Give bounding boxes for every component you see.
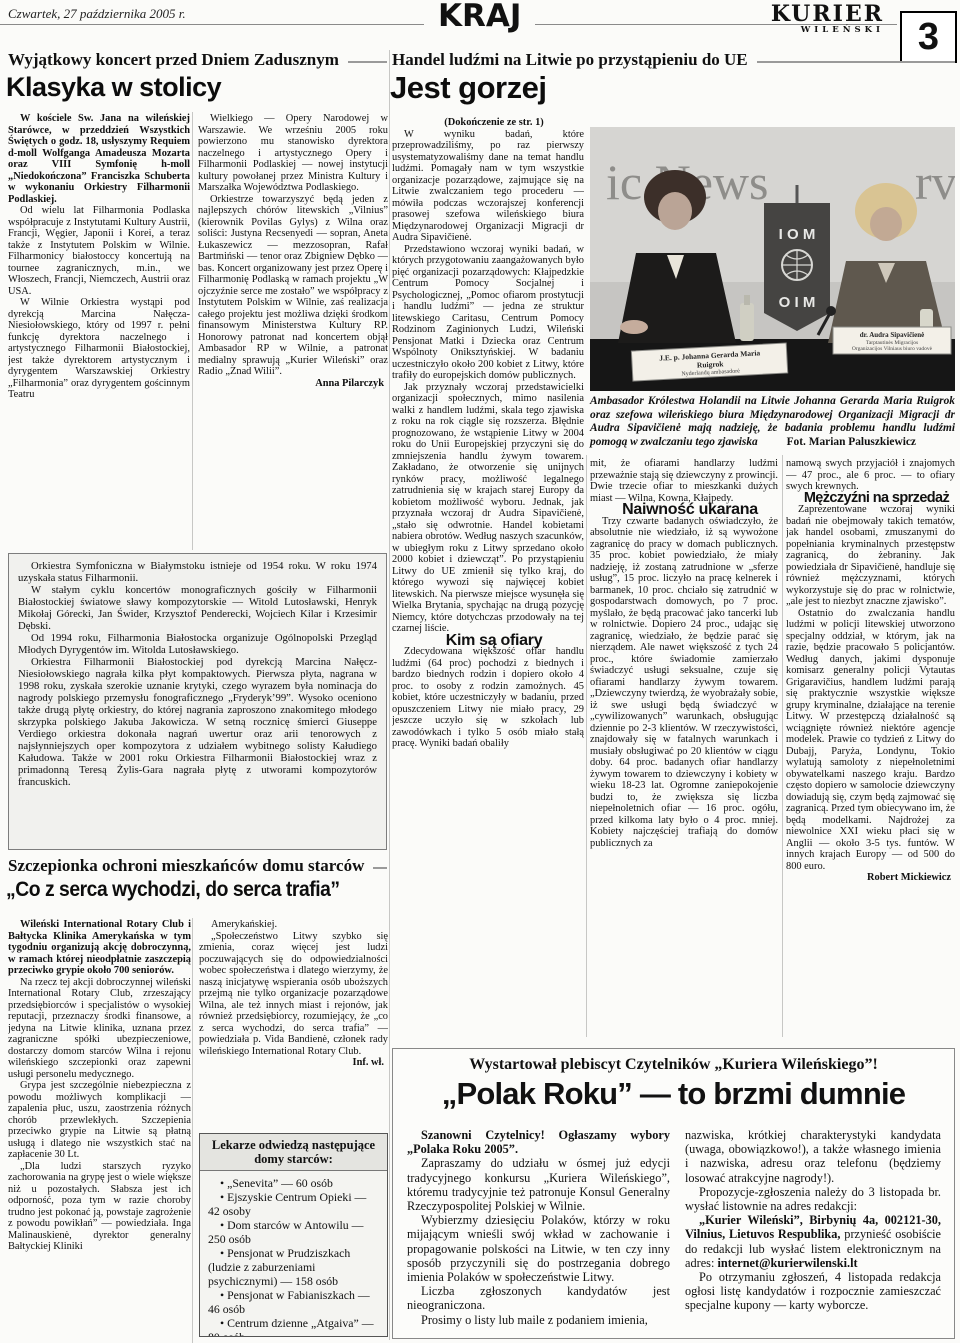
lekarze-list: „Senevita” — 60 osób Ejszyskie Centrum O… [208,1176,379,1337]
list-item: Dom starców w Antowilu — 250 osób [208,1218,379,1246]
paragraph: Zaprezentowane wczoraj wyniki badań nie … [786,504,955,608]
byline-klasyka: Anna Pilarczyk [198,378,388,390]
plebiscyt-col1: Szanowni Czytelnicy! Ogłaszamy wybory „P… [407,1128,670,1333]
kicker-rule [373,867,387,869]
column-divider [192,112,193,550]
klasyka-col1: W kościele Św. Jana na wileńskiej Starów… [8,113,190,550]
paragraph: W kościele Św. Jana na wileńskiej Starów… [8,113,190,205]
iom-banner-text-top: I O M [779,226,816,243]
nameplate-right: dr. Audra Sipavičienė Tarptautinės Migra… [833,327,951,354]
kicker-szczepionka: Szczepionka ochroni mieszkańców domu sta… [8,856,387,876]
list-item: „Senevita” — 60 osób [208,1176,379,1190]
nameplate-text: Ruigrok [697,359,725,369]
kicker-rule [348,61,387,63]
szczepionka-col2: Amerykańskiej. „Społeczeństwo Litwy szyb… [199,919,388,1131]
paragraph: nazwiska, krótkiej charakterystyki kandy… [685,1128,941,1185]
backdrop-text-right: rv [915,154,955,210]
paragraph: Propozycje-zgłoszenia należy do 3 listop… [685,1185,941,1213]
paragraph: Wileński International Rotary Club i Bał… [8,919,191,977]
paragraph: Prosimy o listy lub maile z podaniem imi… [407,1313,670,1327]
lekarze-list-box: Lekarze odwiedzą następujące domy starcó… [199,1133,388,1337]
kicker-klasyka: Wyjątkowy koncert przed Dniem Zadusznym [8,50,387,70]
paragraph: „Dla ludzi starszych ryzyko zachorowania… [8,1161,191,1253]
kicker-handel-text: Handel ludźmi na Litwie po przystąpieniu… [392,50,748,70]
list-item: Pensjonat w Prudziszkach (ludzie z zabur… [208,1246,379,1288]
photo-credit: Fot. Marian Paluszkiewicz [761,436,916,448]
subhead-naiwnosc-ukarana: Naiwność ukarana [590,504,778,516]
kicker-handel: Handel ludźmi na Litwie po przystąpieniu… [392,50,955,70]
paragraph: Jak przyznały wczoraj przedstawicielki o… [392,382,584,635]
section-divider [389,50,390,1340]
masthead-wilenski: WILEŃSKI [742,26,884,35]
kicker-szczepionka-text: Szczepionka ochroni mieszkańców domu sta… [8,856,364,876]
photo-illustration: ic News rv I O M O I M [590,127,955,391]
subhead-mezczyzni-na-sprzedaz: Mężczyźni na sprzedaż [786,493,955,505]
paragraph: Na rzecz tej akcji dobroczynnej wileński… [8,977,191,1081]
paragraph: Orkiestrze towarzyszyć będą jeden z najl… [198,194,388,378]
kicker-klasyka-text: Wyjątkowy koncert przed Dniem Zadusznym [8,50,339,70]
paragraph: „Społeczeństwo Litwy szybko się zmienia,… [199,931,388,1058]
masthead-kurier: KURIER [742,3,884,25]
paragraph: Przedstawiono wczoraj wyniki badań, w kt… [392,244,584,382]
paragraph: Po otrzymaniu zgłoszeń, 4 listopada reda… [685,1270,941,1313]
address-email: internet@kurierwilenski.lt [717,1256,857,1270]
paragraph: mit, że ofiarami handlarzy ludźmi przewa… [590,458,778,504]
press-conference-photo: ic News rv I O M O I M [590,127,955,391]
paragraph: Od wielu lat Filharmonia Podlaska współp… [8,205,190,297]
plebiscyt-col2: nazwiska, krótkiej charakterystyki kandy… [685,1128,941,1333]
paragraph: Ostatnio do zwalczania handlu ludźmi w p… [786,608,955,873]
plebiscyt-kicker: Wystartował plebiscyt Czytelników „Kurie… [393,1056,954,1074]
headline-handel: Jest gorzej [390,70,546,106]
plebiscyt-box: Wystartował plebiscyt Czytelników „Kurie… [392,1048,955,1339]
headline-szczepionka: „Co z serca wychodzi, do serca trafia” [6,878,340,902]
list-item: Centrum dzienne „Atgaiva” — 80 osób [208,1316,379,1337]
nameplate-text: dr. Audra Sipavičienė [860,331,925,339]
byline-handel: Robert Mickiewicz [786,872,955,884]
klasyka-col2: Wielkiego — Opery Narodowej w Warszawie.… [198,113,388,550]
headline-klasyka: Klasyka w stolicy [6,72,221,103]
list-item: Pensjonat w Fabianiszkach — 46 osób [208,1288,379,1316]
subhead-kim-sa-ofiary: Kim są ofiary [392,635,584,647]
paragraph: namową swych przyjaciół i znajomych — 47… [786,458,955,493]
headline-polak-roku: „Polak Roku” — to brzmi dumnie [393,1076,954,1112]
handel-col2: mit, że ofiarami handlarzy ludźmi przewa… [590,458,778,1036]
newspaper-page: Czwartek, 27 października 2005 r. KRAJ K… [0,0,960,1343]
column-divider [192,918,193,1343]
kicker-rule [757,61,955,63]
szczepionka-col1: Wileński International Rotary Club i Bał… [8,919,191,1343]
paragraph: Trzy czwarte badanych oświadczyło, że ab… [590,516,778,850]
paragraph-address: „Kurier Wileński”, Birbynių 4a, 002121-3… [685,1213,941,1270]
paragraph: Zapraszamy do udziału w ósmej już edycji… [407,1156,670,1213]
paragraph: Orkiestra Filharmonii Białostockiej pod … [18,656,377,788]
date-line: Czwartek, 27 października 2005 r. [8,6,186,22]
paragraph: W wyniku badań, które przeprowadziliśmy,… [392,129,584,244]
paragraph: Szanowni Czytelnicy! Ogłaszamy wybory „P… [407,1128,670,1156]
continuation-note: (Dokończenie ze str. 1) [392,117,584,129]
handel-col3: namową swych przyjaciół i znajomych — 47… [786,458,955,1036]
paragraph: Wielkiego — Opery Narodowej w Warszawie.… [198,113,388,194]
paragraph: Wybierzmy dziesięciu Polaków, którzy w r… [407,1213,670,1284]
orkiestra-info-box: Orkiestra Symfoniczna w Białymstoku istn… [8,553,387,850]
section-title: KRAJ [424,0,535,34]
nameplate-text: Organizacijos Vilniaus biuro vadovė [852,346,933,352]
paragraph: Orkiestra Symfoniczna w Białymstoku istn… [18,560,377,584]
iom-banner-text-bottom: O I M [779,294,816,311]
paragraph: Od 1994 roku, Filharmonia Białostocka or… [18,632,377,656]
paragraph: Grypa jest szczególnie niebezpieczna z p… [8,1080,191,1161]
lekarze-box-title: Lekarze odwiedzą następujące domy starcó… [200,1134,387,1171]
paragraph: Zdecydowana większość ofiar handlu ludźm… [392,646,584,750]
byline-szczepionka: Inf. wł. [199,1057,388,1069]
column-divider [782,455,783,1037]
list-item: Ejszyskie Centrum Opieki — 42 osoby [208,1190,379,1218]
photo-caption: Ambasador Królestwa Holandii na Litwie J… [590,395,955,449]
paragraph: W stałym cyklu koncertów monograficznych… [18,584,377,632]
paragraph: W Wilnie Orkiestra wystąpi pod dyrekcją … [8,297,190,401]
masthead-logo: KURIER WILEŃSKI [742,3,884,35]
paragraph: Liczba zgłoszonych kandydatów jest nieog… [407,1284,670,1312]
paragraph: Amerykańskiej. [199,919,388,931]
handel-col1: (Dokończenie ze str. 1) W wyniku badań, … [392,117,584,1038]
column-divider [586,455,587,1037]
